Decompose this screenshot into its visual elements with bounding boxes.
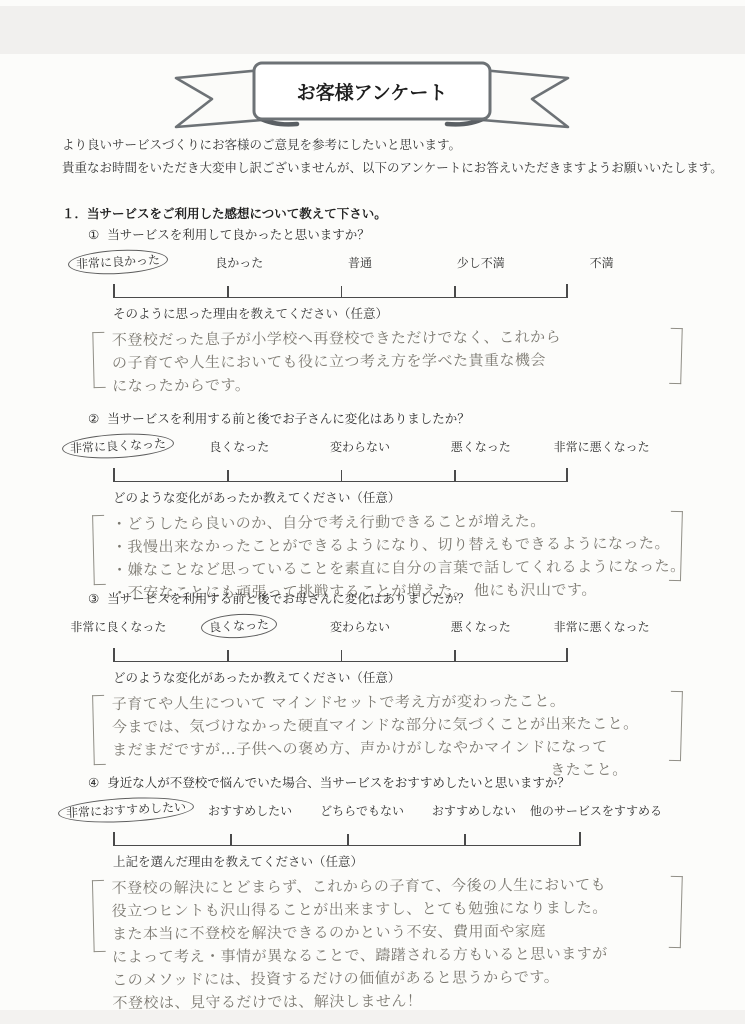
question-text: 身近な人が不登校で悩んでいた場合、当サービスをおすすめしたいと思いますか？	[107, 775, 570, 790]
rating-options-row: 非常に良くなった 良くなった 変わらない 悪くなった 非常に悪くなった	[58, 434, 662, 458]
option-label: 不満	[541, 254, 662, 271]
question-text: 当サービスを利用して良かったと思いますか？	[107, 227, 370, 242]
option-label: 非常に悪くなった	[541, 438, 662, 455]
handwritten-answer: 不登校の解決にとどまらず、これからの子育て、今後の人生においても 役立つヒントも…	[112, 873, 669, 1015]
scale-tick	[566, 284, 568, 297]
rating-scale	[113, 647, 568, 662]
question-title: ②当サービスを利用する前と後でお子さんに変化はありましたか？	[88, 410, 745, 427]
rating-scale	[113, 467, 568, 482]
answer-bracket-right	[669, 876, 683, 948]
question-number: ②	[88, 411, 99, 426]
option-label: 非常に良かった	[58, 250, 179, 274]
intro-line-1: より良いサービスづくりにお客様のご意見を参考にしたいと思います。	[62, 136, 461, 153]
option-label: 良くなった	[179, 614, 300, 638]
section-heading: １．当サービスをご利用した感想について教えて下さい。	[62, 204, 387, 222]
scale-tick	[579, 832, 581, 845]
answer-bracket-left	[92, 880, 106, 952]
rating-options-row: 非常に良くなった 良くなった 変わらない 悪くなった 非常に悪くなった	[58, 614, 662, 638]
scale-tick	[341, 650, 343, 661]
option-label: 少し不満	[420, 254, 541, 271]
question-number: ③	[88, 591, 99, 606]
scale-tick	[566, 468, 568, 481]
scale-tick	[454, 286, 456, 297]
scanned-survey-page: お客様アンケート より良いサービスづくりにお客様のご意見を参考にしたいと思います…	[0, 0, 745, 1024]
question-block-2: ②当サービスを利用する前と後でお子さんに変化はありましたか？ 非常に良くなった …	[0, 410, 745, 603]
option-label: 良くなった	[179, 438, 300, 455]
option-label: 悪くなった	[420, 438, 541, 455]
answer-bracket-right	[669, 328, 683, 384]
option-label: どちらでもない	[306, 802, 418, 819]
handwritten-answer: 子育てや人生について マインドセットで考え方が変わったこと。 今までは、気づけな…	[112, 689, 669, 785]
scan-artifact-band	[0, 6, 745, 54]
option-label: 非常に良くなった	[58, 434, 179, 458]
rating-scale	[113, 283, 568, 298]
intro-line-2: 貴重なお時間をいただき大変申し訳ございませんが、以下のアンケートにお答えいただき…	[62, 159, 723, 176]
answer-bracket-left	[92, 515, 106, 585]
answer-line: によって考え・事情が異なることで、躊躇される方もいると思いますが	[112, 942, 668, 969]
question-block-3: ③当サービスを利用する前と後でお母さんに変化はありましたか？ 非常に良くなった …	[0, 590, 745, 783]
followup-prompt: どのような変化があったか教えてください（任意）	[113, 669, 745, 686]
scale-tick	[227, 286, 229, 297]
option-label: 悪くなった	[420, 618, 541, 635]
scale-tick	[113, 648, 115, 661]
selected-option-ellipse: 非常に良かった	[68, 247, 169, 276]
scale-tick	[347, 834, 349, 845]
answer-bracket-left	[92, 332, 105, 388]
option-label: 変わらない	[300, 438, 421, 455]
scale-tick	[454, 470, 456, 481]
rating-options-row: 非常におすすめしたい おすすめしたい どちらでもない おすすめしない 他のサービ…	[58, 798, 662, 822]
banner-title: お客様アンケート	[297, 81, 448, 104]
scale-tick	[113, 832, 115, 845]
question-number: ①	[88, 227, 99, 242]
question-title: ①当サービスを利用して良かったと思いますか？	[88, 226, 745, 243]
scale-tick	[227, 650, 229, 661]
question-block-1: ①当サービスを利用して良かったと思いますか？ 非常に良かった 良かった 普通 少…	[0, 226, 745, 396]
question-number: ④	[88, 775, 99, 790]
answer-bracket-right	[669, 691, 683, 761]
followup-prompt: どのような変化があったか教えてください（任意）	[113, 489, 745, 506]
option-label: 他のサービスをすすめる	[530, 802, 662, 819]
answer-bracket-right	[669, 511, 683, 581]
followup-prompt: そのように思った理由を教えてください（任意）	[113, 305, 745, 322]
scale-tick	[341, 470, 343, 481]
scale-tick	[113, 468, 115, 481]
followup-prompt: 上記を選んだ理由を教えてください（任意）	[113, 853, 745, 870]
selected-option-ellipse: 良くなった	[201, 612, 278, 640]
question-text: 当サービスを利用する前と後でお母さんに変化はありましたか？	[107, 591, 470, 606]
scale-tick	[341, 286, 343, 297]
scale-tick	[113, 284, 115, 297]
option-label: 非常に悪くなった	[541, 618, 662, 635]
handwritten-answer: 不登校だった息子が小学校へ再登校できただけでなく、これから の子育てや人生におい…	[112, 325, 668, 398]
option-label: 非常に良くなった	[58, 618, 179, 635]
answer-bracket-left	[92, 695, 106, 765]
title-ribbon-banner: お客様アンケート	[162, 56, 582, 130]
selected-option-ellipse: 非常に良くなった	[62, 431, 175, 461]
answer-line: 不登校は、見守るだけでは、解決しません！	[112, 988, 668, 1015]
question-block-4: ④身近な人が不登校で悩んでいた場合、当サービスをおすすめしたいと思いますか？ 非…	[0, 774, 745, 1013]
option-label: 普通	[300, 254, 421, 271]
question-title: ③当サービスを利用する前と後でお母さんに変化はありましたか？	[88, 590, 745, 607]
option-label: 変わらない	[300, 618, 421, 635]
scale-tick	[227, 470, 229, 481]
option-label: おすすめしない	[418, 802, 530, 819]
question-text: 当サービスを利用する前と後でお子さんに変化はありましたか？	[107, 411, 470, 426]
scale-tick	[230, 834, 232, 845]
option-label: 非常におすすめしたい	[58, 798, 194, 822]
answer-line: になったからです。	[112, 371, 668, 398]
ribbon-icon: お客様アンケート	[162, 56, 582, 130]
scale-tick	[454, 650, 456, 661]
rating-scale	[113, 831, 581, 846]
answer-line: 役立つヒントも沢山得ることが出来ますし、とても勉強になりました。	[112, 896, 668, 923]
rating-options-row: 非常に良かった 良かった 普通 少し不満 不満	[58, 250, 662, 274]
option-label: 良かった	[179, 254, 300, 271]
selected-option-ellipse: 非常におすすめしたい	[57, 794, 194, 825]
scale-tick	[464, 834, 466, 845]
question-title: ④身近な人が不登校で悩んでいた場合、当サービスをおすすめしたいと思いますか？	[88, 774, 745, 791]
scale-tick	[566, 648, 568, 661]
option-label: おすすめしたい	[194, 802, 306, 819]
